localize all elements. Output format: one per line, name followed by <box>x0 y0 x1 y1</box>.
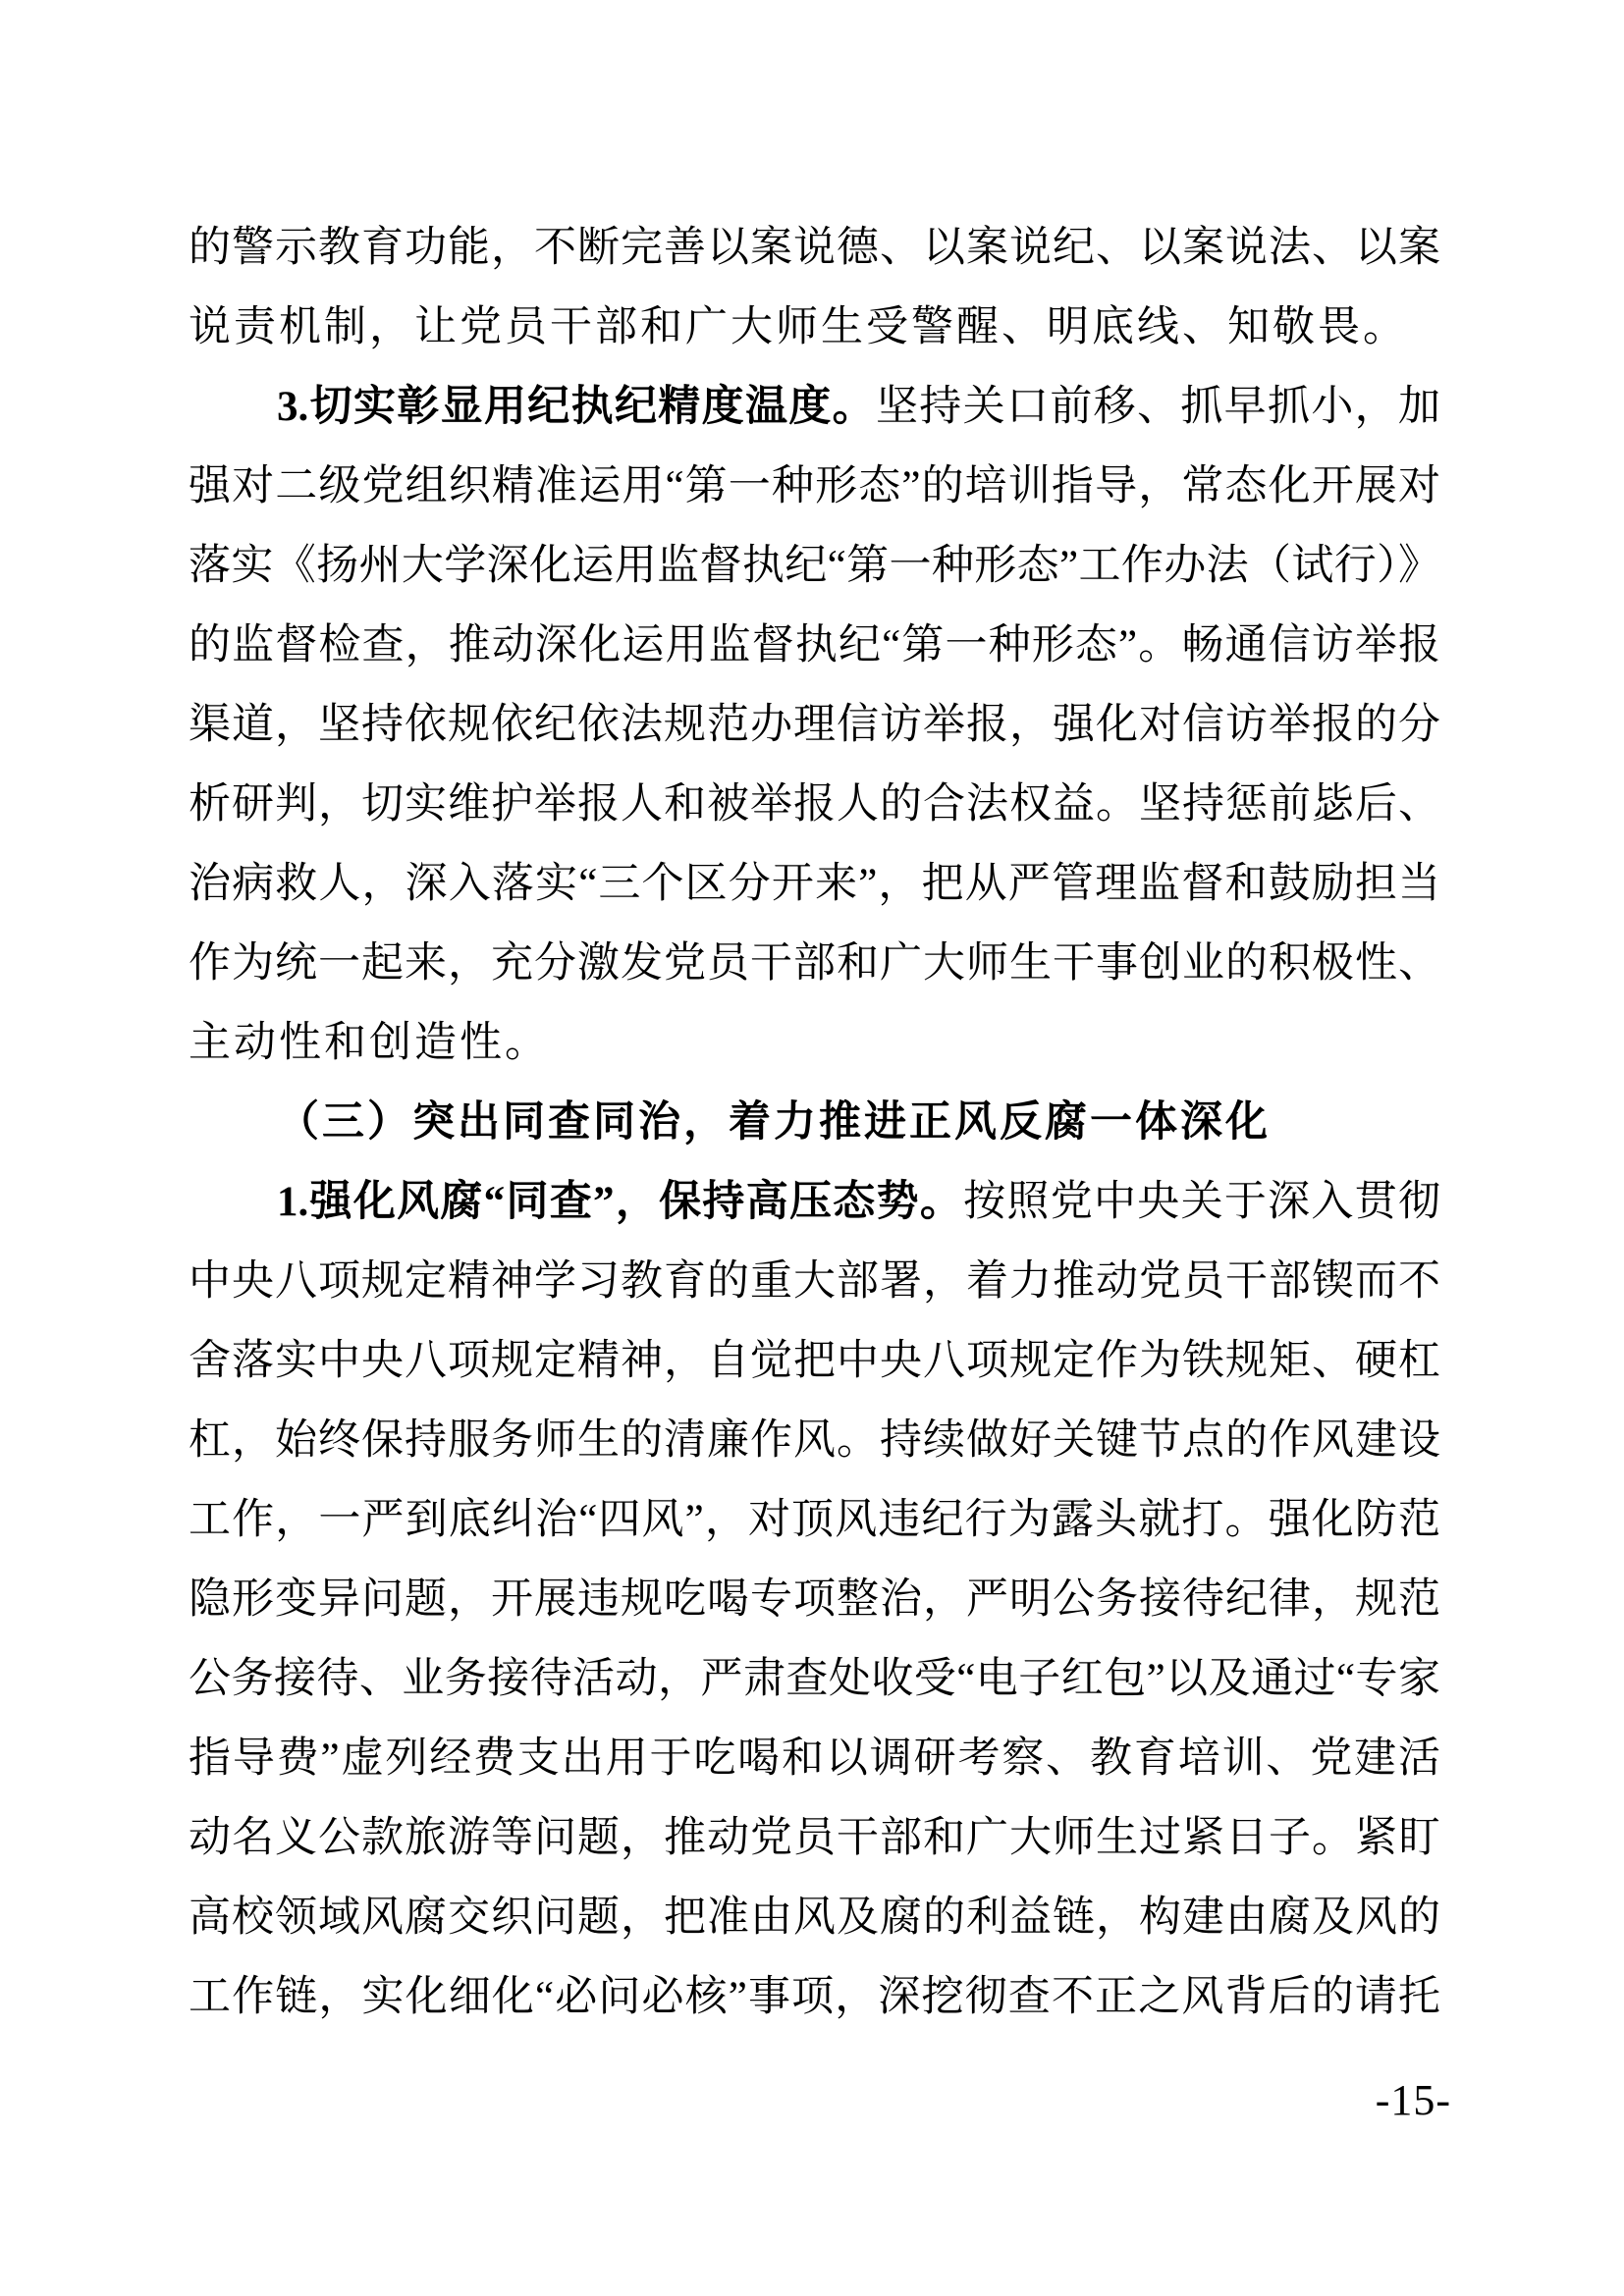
document-body: 的警示教育功能，不断完善以案说德、以案说纪、以案说法、以案说责机制，让党员干部和… <box>189 208 1440 2037</box>
text-line: 强对二级党组织精准运用“第一种形态”的培训指导，常态化开展对 <box>189 447 1440 526</box>
text-line: 杠，始终保持服务师生的清廉作风。持续做好关键节点的作风建设 <box>189 1401 1440 1480</box>
text-line: 舍落实中央八项规定精神，自觉把中央八项规定作为铁规矩、硬杠 <box>189 1321 1440 1401</box>
text-line: 落实《扬州大学深化运用监督执纪“第一种形态”工作办法（试行）》 <box>189 526 1440 606</box>
text-line: 高校领域风腐交织问题，把准由风及腐的利益链，构建由腐及风的 <box>189 1878 1440 1957</box>
text-segment: 坚持关口前移、抓早抓小，加 <box>876 384 1440 430</box>
text-segment: 隐形变异问题，开展违规吃喝专项整治，严明公务接待纪律，规范 <box>189 1576 1440 1623</box>
text-segment: 强对二级党组织精准运用“第一种形态”的培训指导，常态化开展对 <box>189 463 1440 509</box>
text-line: （三）突出同查同治，着力推进正风反腐一体深化 <box>189 1083 1440 1162</box>
text-segment: 中央八项规定精神学习教育的重大部署，着力推动党员干部锲而不 <box>189 1258 1440 1305</box>
text-segment: 主动性和创造性。 <box>189 1020 550 1066</box>
text-segment: 动名义公款旅游等问题，推动党员干部和广大师生过紧日子。紧盯 <box>189 1815 1440 1861</box>
text-line: 中央八项规定精神学习教育的重大部署，着力推动党员干部锲而不 <box>189 1242 1440 1321</box>
text-line: 的警示教育功能，不断完善以案说德、以案说纪、以案说法、以案 <box>189 208 1440 288</box>
text-line: 1.强化风腐“同查”，保持高压态势。按照党中央关于深入贯彻 <box>189 1162 1440 1242</box>
text-segment: 渠道，坚持依规依纪依法规范办理信访举报，强化对信访举报的分 <box>189 702 1440 748</box>
text-segment: 析研判，切实维护举报人和被举报人的合法权益。坚持惩前毖后、 <box>189 781 1440 828</box>
text-line: 作为统一起来，充分激发党员干部和广大师生干事创业的积极性、 <box>189 924 1440 1003</box>
text-segment: 舍落实中央八项规定精神，自觉把中央八项规定作为铁规矩、硬杠 <box>189 1338 1440 1384</box>
heading-segment: 3.切实彰显用纪执纪精度温度。 <box>277 384 876 430</box>
text-segment: 高校领域风腐交织问题，把准由风及腐的利益链，构建由腐及风的 <box>189 1895 1440 1941</box>
text-line: 工作链，实化细化“必问必核”事项，深挖彻查不正之风背后的请托 <box>189 1957 1440 2037</box>
text-line: 动名义公款旅游等问题，推动党员干部和广大师生过紧日子。紧盯 <box>189 1798 1440 1878</box>
text-segment: 落实《扬州大学深化运用监督执纪“第一种形态”工作办法（试行）》 <box>189 543 1440 589</box>
text-segment: 工作链，实化细化“必问必核”事项，深挖彻查不正之风背后的请托 <box>189 1974 1440 2020</box>
text-line: 渠道，坚持依规依纪依法规范办理信访举报，强化对信访举报的分 <box>189 685 1440 765</box>
text-line: 的监督检查，推动深化运用监督执纪“第一种形态”。畅通信访举报 <box>189 606 1440 685</box>
text-segment: 工作，一严到底纠治“四风”，对顶风违纪行为露头就打。强化防范 <box>189 1497 1440 1543</box>
text-segment: 的监督检查，推动深化运用监督执纪“第一种形态”。畅通信访举报 <box>189 622 1440 668</box>
text-line: 隐形变异问题，开展违规吃喝专项整治，严明公务接待纪律，规范 <box>189 1560 1440 1639</box>
text-line: 主动性和创造性。 <box>189 1003 1440 1083</box>
text-segment: 杠，始终保持服务师生的清廉作风。持续做好关键节点的作风建设 <box>189 1417 1440 1464</box>
text-segment: 治病救人，深入落实“三个区分开来”，把从严管理监督和鼓励担当 <box>189 861 1440 907</box>
text-segment: 按照党中央关于深入贯彻 <box>963 1179 1440 1225</box>
text-line: 治病救人，深入落实“三个区分开来”，把从严管理监督和鼓励担当 <box>189 844 1440 924</box>
text-line: 析研判，切实维护举报人和被举报人的合法权益。坚持惩前毖后、 <box>189 765 1440 844</box>
text-line: 指导费”虚列经费支出用于吃喝和以调研考察、教育培训、党建活 <box>189 1719 1440 1798</box>
text-line: 公务接待、业务接待活动，严肃查处收受“电子红包”以及通过“专家 <box>189 1639 1440 1719</box>
text-segment: 指导费”虚列经费支出用于吃喝和以调研考察、教育培训、党建活 <box>189 1735 1440 1782</box>
text-segment: 说责机制，让党员干部和广大师生受警醒、明底线、知敬畏。 <box>189 304 1408 350</box>
text-segment: 公务接待、业务接待活动，严肃查处收受“电子红包”以及通过“专家 <box>189 1656 1440 1702</box>
heading-segment: 1.强化风腐“同查”，保持高压态势。 <box>277 1179 963 1225</box>
text-line: 说责机制，让党员干部和广大师生受警醒、明底线、知敬畏。 <box>189 288 1440 367</box>
text-line: 工作，一严到底纠治“四风”，对顶风违纪行为露头就打。强化防范 <box>189 1480 1440 1560</box>
text-segment: 的警示教育功能，不断完善以案说德、以案说纪、以案说法、以案 <box>189 225 1440 271</box>
text-line: 3.切实彰显用纪执纪精度温度。坚持关口前移、抓早抓小，加 <box>189 367 1440 447</box>
text-segment: 作为统一起来，充分激发党员干部和广大师生干事创业的积极性、 <box>189 940 1440 987</box>
page-number: -15- <box>1376 2077 1451 2124</box>
heading-segment: （三）突出同查同治，着力推进正风反腐一体深化 <box>277 1099 1271 1146</box>
